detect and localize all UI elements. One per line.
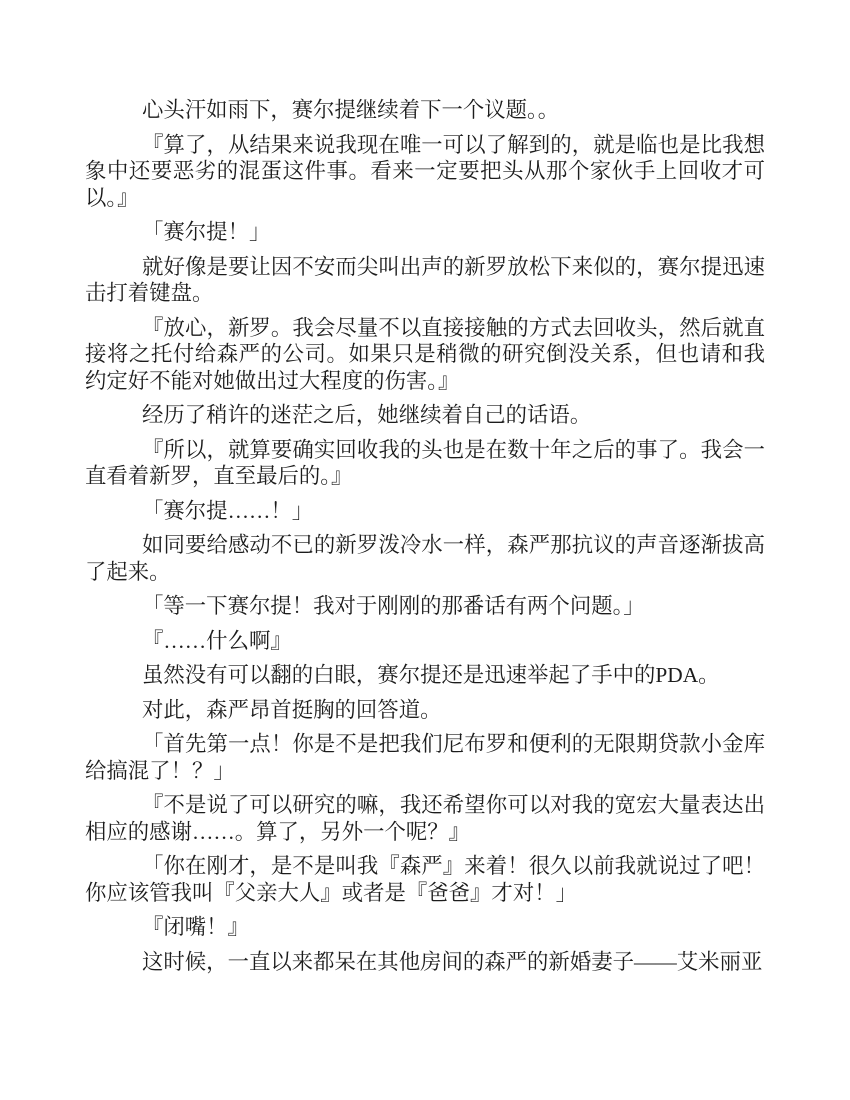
paragraph: 对此，森严昂首挺胸的回答道。 <box>85 697 765 724</box>
paragraph: 『……什么啊』 <box>85 628 765 655</box>
paragraph: 心头汗如雨下，赛尔提继续着下一个议题。。 <box>85 97 765 124</box>
paragraph: 「你在刚才，是不是叫我『森严』来着！很久以前我就说过了吧！你应该管我叫『父亲大人… <box>85 853 765 906</box>
paragraph: 就好像是要让因不安而尖叫出声的新罗放松下来似的，赛尔提迅速击打着键盘。 <box>85 254 765 307</box>
paragraph: 『闭嘴！』 <box>85 914 765 941</box>
paragraph: 虽然没有可以翻的白眼，赛尔提还是迅速举起了手中的PDA。 <box>85 662 765 689</box>
paragraph: 『不是说了可以研究的嘛，我还希望你可以对我的宽宏大量表达出相应的感谢……。算了，… <box>85 792 765 845</box>
paragraph: 如同要给感动不已的新罗泼冷水一样，森严那抗议的声音逐渐拔高了起来。 <box>85 532 765 585</box>
paragraph: 『所以，就算要确实回收我的头也是在数十年之后的事了。我会一直看着新罗，直至最后的… <box>85 437 765 490</box>
paragraph: 「赛尔提！」 <box>85 219 765 246</box>
paragraph: 「赛尔提……！」 <box>85 498 765 525</box>
paragraph: 这时候，一直以来都呆在其他房间的森严的新婚妻子——艾米丽亚 <box>85 949 765 976</box>
paragraph: 『放心，新罗。我会尽量不以直接接触的方式去回收头，然后就直接将之托付给森严的公司… <box>85 315 765 395</box>
novel-page: 心头汗如雨下，赛尔提继续着下一个议题。。 『算了，从结果来说我现在唯一可以了解到… <box>0 0 850 1100</box>
paragraph: 「等一下赛尔提！我对于刚刚的那番话有两个问题。」 <box>85 593 765 620</box>
paragraph: 『算了，从结果来说我现在唯一可以了解到的，就是临也是比我想象中还要恶劣的混蛋这件… <box>85 132 765 212</box>
paragraph: 经历了稍许的迷茫之后，她继续着自己的话语。 <box>85 402 765 429</box>
paragraph: 「首先第一点！你是不是把我们尼布罗和便利的无限期贷款小金库给搞混了！？」 <box>85 731 765 784</box>
